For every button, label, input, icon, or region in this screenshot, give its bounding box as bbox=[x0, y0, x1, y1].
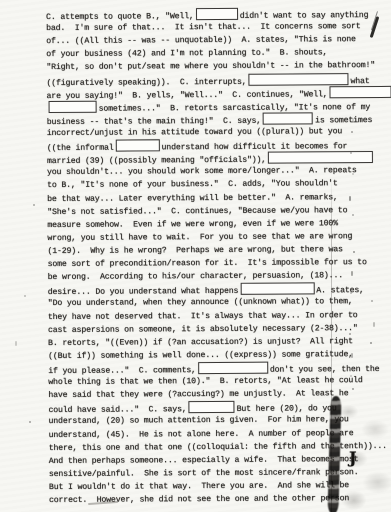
text-segment: But I wouldn't do it that way. There you… bbox=[49, 481, 349, 492]
document-text: C. attempts to quote B., "Well,didn't wa… bbox=[46, 7, 389, 507]
redaction-box bbox=[115, 139, 159, 151]
text-line: correct. However, she did not see the on… bbox=[49, 492, 389, 507]
text-segment: ((the informal bbox=[47, 144, 114, 153]
redaction-box bbox=[263, 112, 313, 124]
redaction-box bbox=[198, 362, 268, 374]
text-line: of... ((All this -- was -- unquotable)) … bbox=[46, 33, 386, 48]
ink-speck bbox=[15, 341, 17, 346]
text-segment: of your business (42) and I'm not planni… bbox=[46, 49, 327, 60]
text-line: have said that they were (?accusing?) me… bbox=[48, 387, 388, 402]
text-segment: correct. However, she did not see the on… bbox=[49, 494, 349, 505]
text-segment: wrong, you still have to wait. For you t… bbox=[47, 232, 352, 243]
text-segment: bad. I'm sure of that... It isn't that..… bbox=[46, 22, 360, 33]
text-segment: measure somehow. Even if we were wrong, … bbox=[47, 219, 338, 230]
text-segment: understand, (45). He is not alone here. … bbox=[49, 429, 354, 440]
ink-speck bbox=[24, 295, 26, 297]
text-segment: what bbox=[350, 77, 369, 86]
ink-speck bbox=[33, 204, 35, 206]
text-segment: of... ((All this -- was -- unquotable)) … bbox=[46, 35, 356, 46]
redaction-box bbox=[196, 8, 238, 20]
text-segment: have said that they were (?accusing?) me… bbox=[48, 389, 348, 400]
text-segment: some sort of precondition/reason for it.… bbox=[48, 258, 367, 269]
text-segment: (1-29). Why is he wrong? Perhaps we are … bbox=[47, 245, 342, 256]
text-segment: sensitive/painful. She is sort of the mo… bbox=[49, 468, 359, 479]
text-segment: don't you see, then the bbox=[270, 365, 380, 375]
text-segment: to B., "It's none of your business." C. … bbox=[47, 180, 338, 191]
text-segment: understand, (20) so much attention is gi… bbox=[48, 416, 348, 427]
redaction-box bbox=[240, 283, 314, 295]
text-line: understand, (20) so much attention is gi… bbox=[48, 413, 388, 428]
redaction-box bbox=[248, 73, 348, 86]
redaction-box bbox=[189, 401, 235, 413]
text-segment: you shouldn't... you should work some mo… bbox=[47, 166, 357, 177]
text-segment: B. retorts, "((Even)) if (?an accusation… bbox=[48, 337, 353, 348]
redaction-box bbox=[49, 100, 97, 112]
ink-speck bbox=[29, 421, 31, 423]
text-segment: is sometimes bbox=[315, 116, 372, 125]
redaction-box bbox=[268, 151, 373, 164]
text-segment: And then perhaps someone... especially a… bbox=[49, 455, 359, 466]
text-segment: ((But if)) something is well done... ((e… bbox=[48, 350, 353, 361]
document-page: C. attempts to quote B., "Well,didn't wa… bbox=[0, 0, 391, 512]
text-segment: A. states, bbox=[316, 286, 364, 295]
text-segment: whole thing is that we then (10)." B. re… bbox=[48, 376, 362, 387]
text-segment: "Right, so don't put/seat me where you s… bbox=[46, 61, 375, 72]
text-segment: be that way... Later everything will be … bbox=[47, 193, 338, 204]
text-segment: there, this one and that one ((colloquia… bbox=[49, 442, 387, 453]
text-segment: cast aspersions on someone, it is absolu… bbox=[48, 324, 358, 335]
redaction-box bbox=[330, 86, 391, 98]
text-segment: "She's not satisfied..." C. continues, "… bbox=[47, 206, 347, 217]
text-segment: be wrong. According to his/our character… bbox=[48, 271, 343, 282]
text-segment: incorrect/unjust in his attitude toward … bbox=[47, 127, 342, 138]
text-segment: "Do you understand, when they announce (… bbox=[48, 298, 353, 309]
text-segment: But here (20), do you bbox=[237, 405, 337, 415]
text-segment: they have not deserved that. It's always… bbox=[48, 311, 358, 322]
